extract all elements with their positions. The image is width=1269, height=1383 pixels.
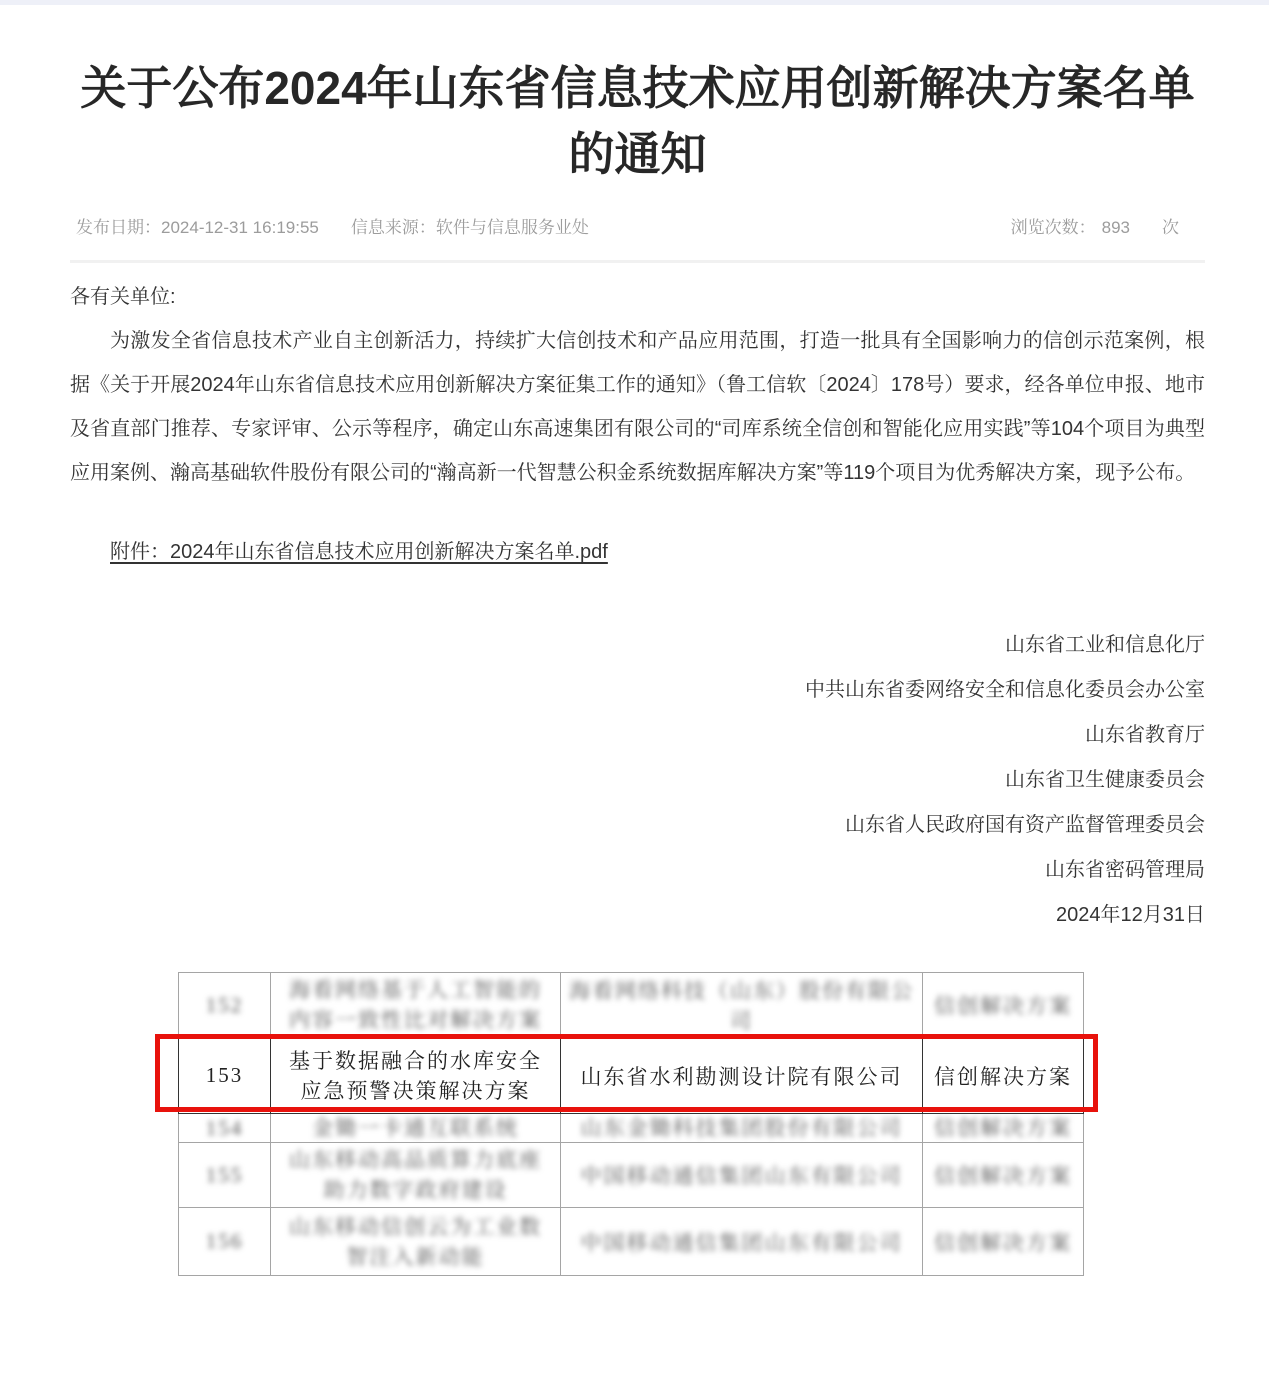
signature-block: 山东省工业和信息化厅 中共山东省委网络安全和信息化委员会办公室 山东省教育厅 山… [70,623,1205,938]
row-number-cell: 154 [179,1114,271,1143]
views-label: 浏览次数： [1011,218,1096,237]
signature-line: 中共山东省委网络安全和信息化委员会办公室 [70,668,1205,713]
row-number-cell: 152 [179,973,271,1038]
top-strip [0,0,1269,5]
info-source: 信息来源：软件与信息服务业处 [351,213,589,238]
attachment-row: 附件：2024年山东省信息技术应用创新解决方案名单.pdf [70,537,1205,567]
signature-line: 山东省人民政府国有资产监督管理委员会 [70,803,1205,848]
solution-type-cell: 信创解决方案 [923,1038,1084,1114]
award-table: 152 海看网络基于人工智能的内容一致性比对解决方案 海看网络科技（山东）股份有… [178,972,1084,1276]
document-body: 各有关单位: 为激发全省信息技术产业自主创新活力，持续扩大信创技术和产品应用范围… [70,275,1205,495]
solution-type-cell: 信创解决方案 [923,1114,1084,1143]
project-name-cell: 山东移动高品质算力底座助力数字政府建设 [271,1143,561,1208]
solution-type-cell: 信创解决方案 [923,1143,1084,1208]
meta-divider [70,260,1205,263]
solution-type-cell: 信创解决方案 [923,973,1084,1038]
award-table-wrap: 152 海看网络基于人工智能的内容一致性比对解决方案 海看网络科技（山东）股份有… [178,972,1083,1276]
row-number-cell: 153 [179,1038,271,1114]
company-cell: 中国移动通信集团山东有限公司 [561,1208,923,1276]
body-paragraph: 为激发全省信息技术产业自主创新活力，持续扩大信创技术和产品应用范围，打造一批具有… [70,319,1205,495]
signature-line: 山东省教育厅 [70,713,1205,758]
publish-date-value: 2024-12-31 16:19:55 [161,218,319,237]
views-count: 893 [1102,218,1130,237]
company-cell: 山东金锄科技集团股份有限公司 [561,1114,923,1143]
signature-line: 山东省密码管理局 [70,848,1205,893]
salutation: 各有关单位: [70,275,1205,319]
solution-type-cell: 信创解决方案 [923,1208,1084,1276]
table-row: 156 山东移动信创云为工业数智注入新动能 中国移动通信集团山东有限公司 信创解… [179,1208,1084,1276]
attachment-pdf-link[interactable]: 附件：2024年山东省信息技术应用创新解决方案名单.pdf [110,541,608,563]
table-row: 154 金锄一卡通互联系统 山东金锄科技集团股份有限公司 信创解决方案 [179,1114,1084,1143]
company-cell: 山东省水利勘测设计院有限公司 [561,1038,923,1114]
publish-date-label: 发布日期： [76,218,161,237]
company-cell: 海看网络科技（山东）股份有限公司 [561,973,923,1038]
info-source-value: 软件与信息服务业处 [436,218,589,237]
signature-line: 山东省卫生健康委员会 [70,758,1205,803]
document-date: 2024年12月31日 [70,893,1205,938]
page-title: 关于公布2024年山东省信息技术应用创新解决方案名单的通知 [70,55,1205,187]
document-page: 关于公布2024年山东省信息技术应用创新解决方案名单的通知 发布日期：2024-… [0,55,1269,1276]
company-cell: 中国移动通信集团山东有限公司 [561,1143,923,1208]
project-name-cell: 基于数据融合的水库安全应急预警决策解决方案 [271,1038,561,1114]
table-row: 155 山东移动高品质算力底座助力数字政府建设 中国移动通信集团山东有限公司 信… [179,1143,1084,1208]
row-number-cell: 155 [179,1143,271,1208]
project-name-cell: 山东移动信创云为工业数智注入新动能 [271,1208,561,1276]
signature-line: 山东省工业和信息化厅 [70,623,1205,668]
views-unit: 次 [1162,218,1179,237]
project-name-cell: 金锄一卡通互联系统 [271,1114,561,1143]
row-number-cell: 156 [179,1208,271,1276]
info-source-label: 信息来源： [351,218,436,237]
table-row: 152 海看网络基于人工智能的内容一致性比对解决方案 海看网络科技（山东）股份有… [179,973,1084,1038]
table-row-highlighted: 153 基于数据融合的水库安全应急预警决策解决方案 山东省水利勘测设计院有限公司… [179,1038,1084,1114]
view-counter: 浏览次数：893次 [1011,213,1179,238]
meta-bar: 发布日期：2024-12-31 16:19:55 信息来源：软件与信息服务业处 … [70,213,1205,238]
publish-date: 发布日期：2024-12-31 16:19:55 [76,213,319,238]
project-name-cell: 海看网络基于人工智能的内容一致性比对解决方案 [271,973,561,1038]
